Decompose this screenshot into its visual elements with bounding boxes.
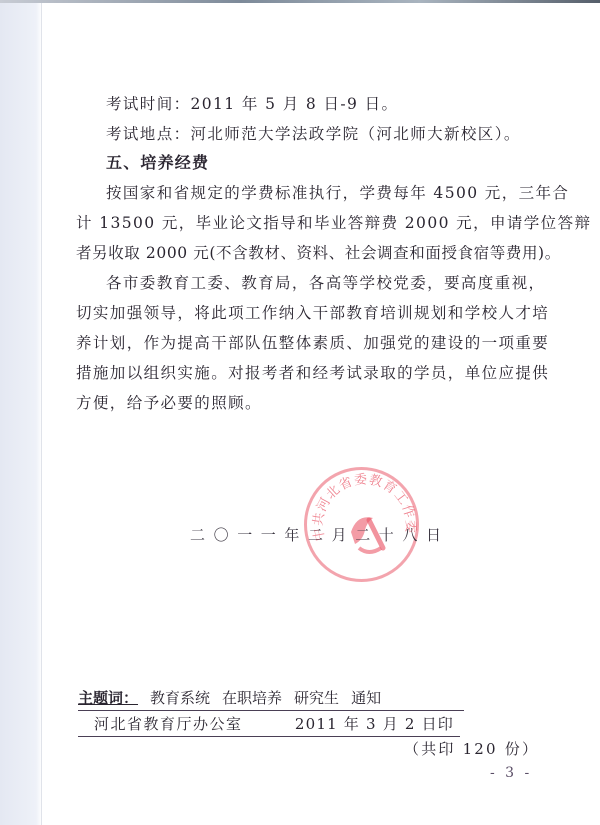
paragraph-line: 养计划，作为提高干部队伍整体素质、加强党的建设的一项重要 <box>76 333 549 353</box>
document-page: 考试时间：2011 年 5 月 8 日-9 日。 考试地点：河北师范大学法政学院… <box>0 0 600 825</box>
exam-location-line: 考试地点：河北师范大学法政学院（河北师大新校区）。 <box>106 124 521 144</box>
print-date: 2011 年 3 月 2 日印 <box>295 714 454 734</box>
exam-time-line: 考试时间：2011 年 5 月 8 日-9 日。 <box>106 94 398 114</box>
paragraph-line: 措施加以组织实施。对报考者和经考试录取的学员，单位应提供 <box>76 363 549 383</box>
issuing-office: 河北省教育厅办公室 <box>94 714 243 734</box>
paragraph-line: 按国家和省规定的学费标准执行，学费每年 4500 元，三年合 <box>106 183 569 203</box>
paragraph-line: 切实加强领导，将此项工作纳入干部教育培训规划和学校人才培 <box>76 303 549 323</box>
subject-keywords-row: 主题词：教育系统在职培养研究生通知 <box>78 688 464 711</box>
page-number: - 3 - <box>490 765 532 781</box>
keywords-label: 主题词： <box>78 689 138 707</box>
section-heading-fees: 五、培养经费 <box>106 153 209 173</box>
paragraph-line: 者另收取 2000 元(不含教材、资料、社会调查和面授食宿等费用)。 <box>76 243 561 263</box>
paragraph-line: 各市委教育工委、教育局，各高等学校党委，要高度重视， <box>106 273 545 293</box>
paragraph-line: 方便，给予必要的照顾。 <box>76 393 262 413</box>
keyword-item: 教育系统 <box>150 689 210 707</box>
issuer-row: 河北省教育厅办公室 2011 年 3 月 2 日印 <box>78 714 460 737</box>
keyword-item: 通知 <box>351 689 381 707</box>
paragraph-line: 计 13500 元，毕业论文指导和毕业答辩费 2000 元，申请学位答辩 <box>76 213 591 233</box>
signature-date: 二〇一一年二月二十八日 <box>190 524 450 545</box>
keyword-item: 在职培养 <box>222 689 282 707</box>
print-copies-count: （共印 120 份） <box>404 738 539 759</box>
keyword-item: 研究生 <box>294 689 339 707</box>
